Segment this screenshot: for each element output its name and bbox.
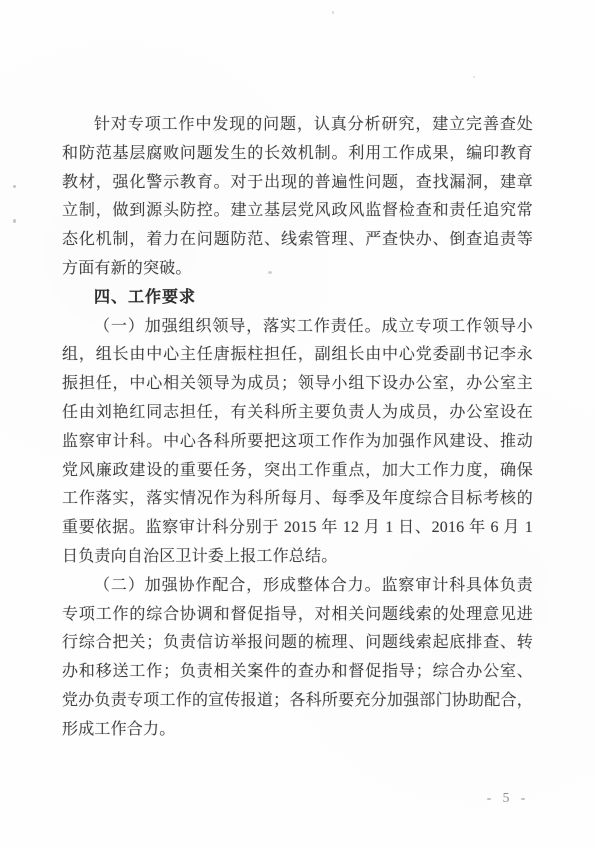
paragraph-line: （一）加强组织领导，落实工作责任。成立专项工作领导小: [62, 313, 533, 342]
scan-speckle: [473, 76, 475, 78]
paragraph-line: 党风廉政建设的重要任务，突出工作重点，加大工作力度，确保: [62, 457, 533, 486]
paragraph-line: 针对专项工作中发现的问题，认真分析研究，建立完善查处: [62, 111, 533, 140]
paragraph-line: 重要依据。监察审计科分别于 2015 年 12 月 1 日、2016 年 6 月…: [62, 514, 533, 543]
paragraph-line: 组，组长由中心主任唐振柱担任，副组长由中心党委副书记李永: [62, 341, 533, 370]
page-number: - 5 -: [468, 790, 548, 806]
scanned-document-page: 针对专项工作中发现的问题，认真分析研究，建立完善查处 和防范基层腐败问题发生的长…: [0, 0, 595, 848]
document-body: 针对专项工作中发现的问题，认真分析研究，建立完善查处 和防范基层腐败问题发生的长…: [62, 111, 533, 745]
paragraph-line: 任由刘艳红同志担任，有关科所主要负责人为成员，办公室设在: [62, 399, 533, 428]
paragraph-line: （二）加强协作配合，形成整体合力。监察审计科具体负责: [62, 572, 533, 601]
paragraph-line: 日负责向自治区卫计委上报工作总结。: [62, 543, 533, 572]
paragraph-line: 和防范基层腐败问题发生的长效机制。利用工作成果，编印教育: [62, 140, 533, 169]
paragraph-line: 振担任，中心相关领导为成员；领导小组下设办公室，办公室主: [62, 370, 533, 399]
paragraph-line: 工作落实，落实情况作为科所每月、每季及年度综合目标考核的: [62, 485, 533, 514]
paragraph-line: 方面有新的突破。: [62, 255, 533, 284]
paragraph-line: 专项工作的综合协调和督促指导，对相关问题线索的处理意见进: [62, 601, 533, 630]
paragraph-line: 监察审计科。中心各科所要把这项工作作为加强作风建设、推动: [62, 428, 533, 457]
scan-speckle: [13, 185, 16, 188]
scan-speckle: [332, 11, 334, 14]
section-heading: 四、工作要求: [62, 284, 533, 313]
paragraph-line: 党办负责专项工作的宣传报道；各科所要充分加强部门协助配合，: [62, 687, 533, 716]
scan-speckle: [13, 219, 16, 223]
paragraph-line: 态化机制，着力在问题防范、线索管理、严查快办、倒查追责等: [62, 226, 533, 255]
paragraph-line: 办和移送工作；负责相关案件的查办和督促指导；综合办公室、: [62, 658, 533, 687]
paragraph-line: 立制，做到源头防控。建立基层党风政风监督检查和责任追究常: [62, 197, 533, 226]
paragraph-line: 形成工作合力。: [62, 716, 533, 745]
paragraph-line: 行综合把关；负责信访举报问题的梳理、问题线索起底排查、转: [62, 629, 533, 658]
paragraph-line: 教材，强化警示教育。对于出现的普遍性问题，查找漏洞，建章: [62, 169, 533, 198]
